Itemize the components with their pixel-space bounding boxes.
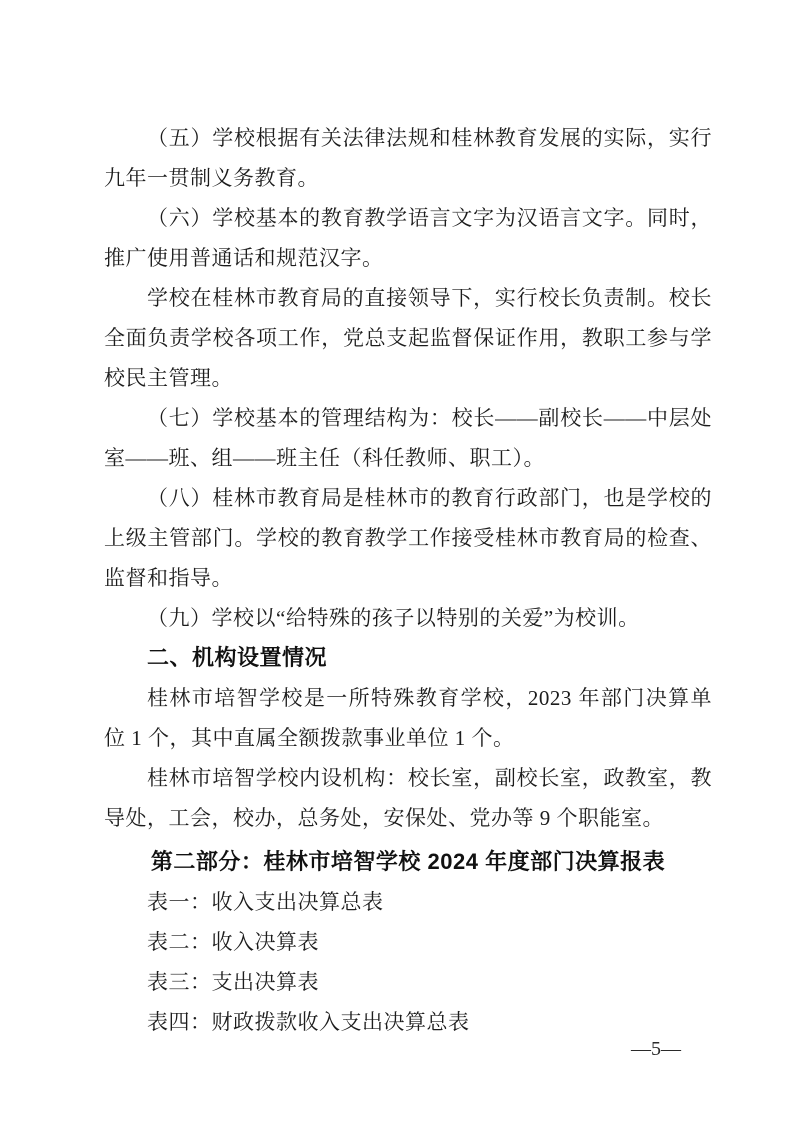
paragraph-line: 室——班、组——班主任（科任教师、职工）。	[104, 438, 712, 478]
paragraph-line: 位 1 个，其中直属全额拨款事业单位 1 个。	[104, 718, 712, 758]
paragraph-line: 桂林市培智学校是一所特殊教育学校，2023 年部门决算单	[104, 678, 712, 718]
paragraph-line: 上级主管部门。学校的教育教学工作接受桂林市教育局的检查、	[104, 518, 712, 558]
paragraph-line: 学校在桂林市教育局的直接领导下，实行校长负责制。校长	[104, 278, 712, 318]
paragraph-line: （九）学校以“给特殊的孩子以特别的关爱”为校训。	[104, 598, 712, 638]
section2-heading: 二、机构设置情况	[104, 638, 712, 678]
paragraph-line: 校民主管理。	[104, 358, 712, 398]
paragraph-line: 九年一贯制义务教育。	[104, 158, 712, 198]
table-list-item: 表二：收入决算表	[104, 922, 712, 962]
page-content: （五）学校根据有关法律法规和桂林教育发展的实际，实行 九年一贯制义务教育。 （六…	[104, 118, 712, 1042]
paragraph-line: 全面负责学校各项工作，党总支起监督保证作用，教职工参与学	[104, 318, 712, 358]
table-list-item: 表一：收入支出决算总表	[104, 882, 712, 922]
paragraph-line: 导处，工会，校办，总务处，安保处、党办等 9 个职能室。	[104, 798, 712, 838]
document-page: （五）学校根据有关法律法规和桂林教育发展的实际，实行 九年一贯制义务教育。 （六…	[0, 0, 800, 1131]
part2-heading: 第二部分：桂林市培智学校 2024 年度部门决算报表	[104, 842, 712, 882]
page-number: —5—	[631, 1036, 681, 1062]
paragraph-line: 推广使用普通话和规范汉字。	[104, 238, 712, 278]
table-list-item: 表三：支出决算表	[104, 962, 712, 1002]
paragraph-line: 桂林市培智学校内设机构：校长室，副校长室，政教室，教	[104, 758, 712, 798]
paragraph-line: （七）学校基本的管理结构为：校长——副校长——中层处	[104, 398, 712, 438]
paragraph-line: （八）桂林市教育局是桂林市的教育行政部门，也是学校的	[104, 478, 712, 518]
table-list-item: 表四：财政拨款收入支出决算总表	[104, 1002, 712, 1042]
paragraph-line: （六）学校基本的教育教学语言文字为汉语言文字。同时，	[104, 198, 712, 238]
paragraph-line: 监督和指导。	[104, 558, 712, 598]
paragraph-line: （五）学校根据有关法律法规和桂林教育发展的实际，实行	[104, 118, 712, 158]
